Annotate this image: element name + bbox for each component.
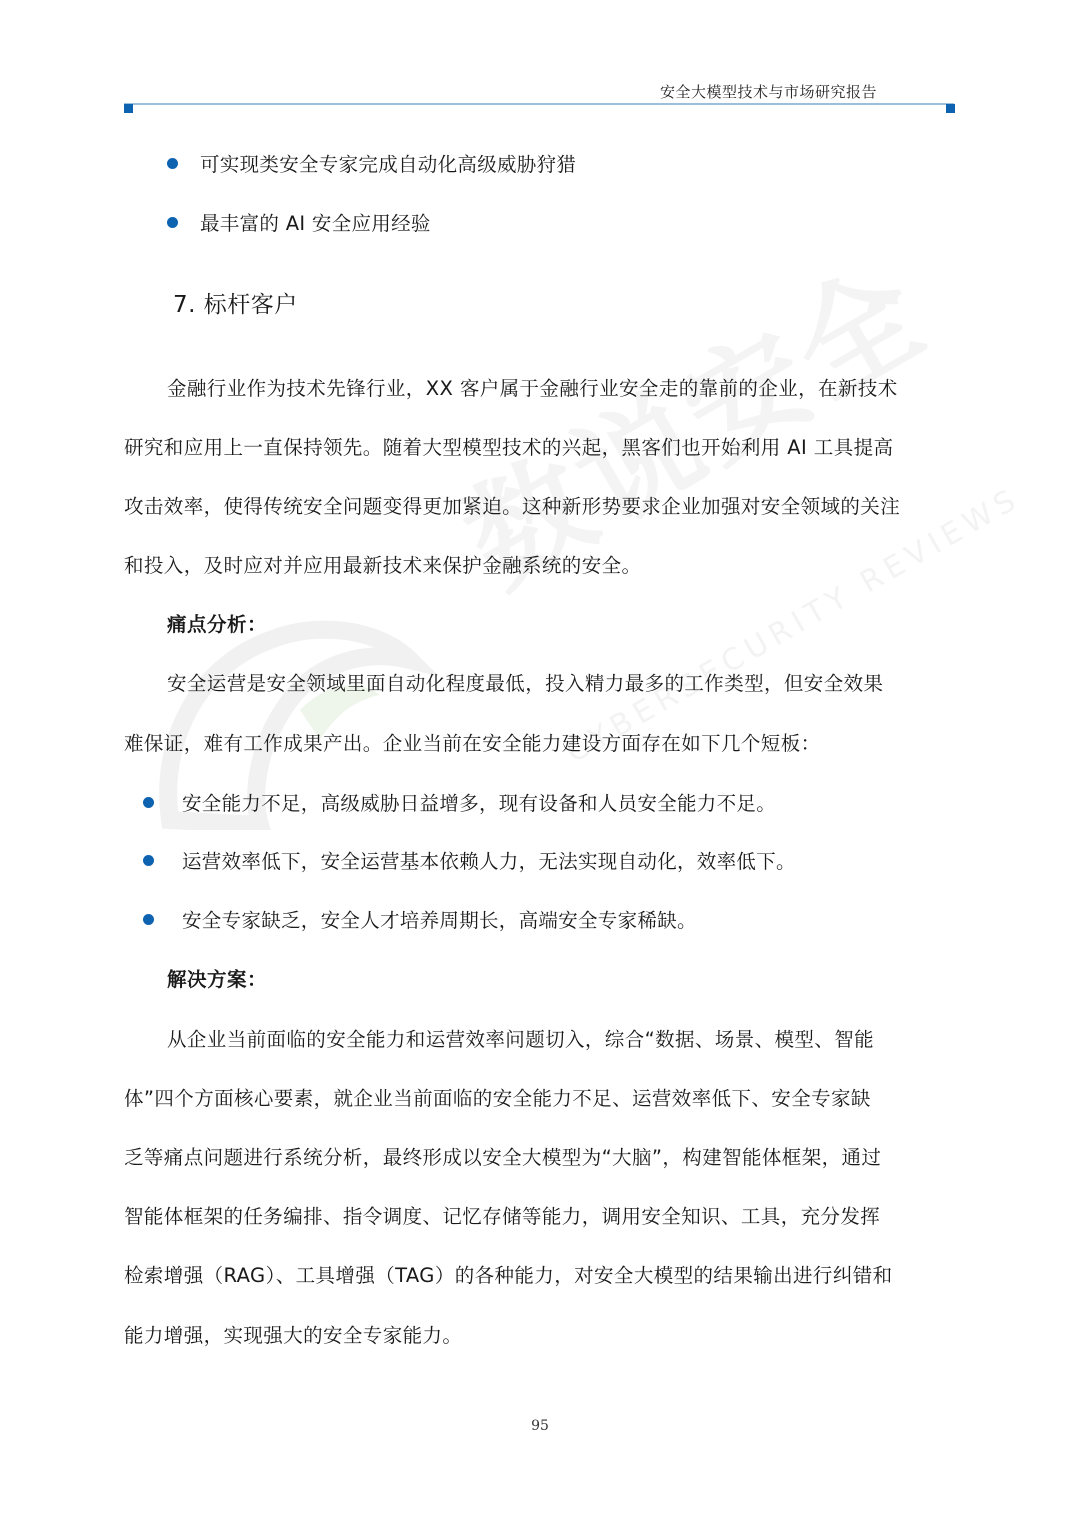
- list-item: 最丰富的 AI 安全应用经验: [167, 208, 431, 236]
- paragraph-line: 体”四个方面核心要素，就企业当前面临的安全能力不足、运营效率低下、安全专家缺: [124, 1083, 871, 1111]
- bullet-dot-icon: [143, 797, 154, 808]
- header-rule: [124, 103, 954, 105]
- watermark-subtext: CYBERSECURITY REVIEWS: [560, 481, 1027, 771]
- paragraph-line: 安全运营是安全领域里面自动化程度最低，投入精力最多的工作类型，但安全效果: [167, 668, 883, 696]
- list-item-text: 可实现类安全专家完成自动化高级威胁狩猎: [200, 149, 576, 177]
- list-item: 安全专家缺乏，安全人才培养周期长，高端安全专家稀缺。: [143, 905, 697, 933]
- header-square-right-icon: [946, 104, 955, 113]
- paragraph-line: 能力增强，实现强大的安全专家能力。: [124, 1320, 462, 1348]
- section-heading: 7. 标杆客户: [173, 286, 298, 319]
- list-item-text: 运营效率低下，安全运营基本依赖人力，无法实现自动化，效率低下。: [182, 846, 796, 874]
- list-item-text: 安全专家缺乏，安全人才培养周期长，高端安全专家稀缺。: [182, 905, 697, 933]
- paragraph-line: 和投入，及时应对并应用最新技术来保护金融系统的安全。: [124, 550, 641, 578]
- paragraph-line: 乏等痛点问题进行系统分析，最终形成以安全大模型为“大脑”，构建智能体框架，通过: [124, 1142, 881, 1170]
- list-item: 安全能力不足，高级威胁日益增多，现有设备和人员安全能力不足。: [143, 788, 776, 816]
- bullet-dot-icon: [167, 217, 178, 228]
- paragraph-line: 难保证，难有工作成果产出。企业当前在安全能力建设方面存在如下几个短板：: [124, 728, 821, 756]
- paragraph-line: 从企业当前面临的安全能力和运营效率问题切入，综合“数据、场景、模型、智能: [167, 1024, 874, 1052]
- paragraph-line: 攻击效率，使得传统安全问题变得更加紧迫。这种新形势要求企业加强对安全领域的关注: [124, 491, 900, 519]
- paragraph-line: 金融行业作为技术先锋行业，XX 客户属于金融行业安全走的靠前的企业，在新技术: [167, 373, 898, 401]
- list-item-text: 最丰富的 AI 安全应用经验: [200, 208, 431, 236]
- header-square-left-icon: [124, 104, 133, 113]
- paragraph-line: 检索增强（RAG）、工具增强（TAG）的各种能力，对安全大模型的结果输出进行纠错…: [124, 1260, 893, 1288]
- report-header-title: 安全大模型技术与市场研究报告: [660, 81, 877, 102]
- paragraph-line: 研究和应用上一直保持领先。随着大型模型技术的兴起，黑客们也开始利用 AI 工具提…: [124, 432, 893, 460]
- list-item-text: 安全能力不足，高级威胁日益增多，现有设备和人员安全能力不足。: [182, 788, 776, 816]
- list-item: 可实现类安全专家完成自动化高级威胁狩猎: [167, 149, 576, 177]
- paragraph-line: 智能体框架的任务编排、指令调度、记忆存储等能力，调用安全知识、工具，充分发挥: [124, 1201, 880, 1229]
- bullet-dot-icon: [167, 158, 178, 169]
- solution-label: 解决方案：: [167, 964, 267, 992]
- list-item: 运营效率低下，安全运营基本依赖人力，无法实现自动化，效率低下。: [143, 846, 796, 874]
- page-number: 95: [0, 1418, 1080, 1434]
- pain-points-label: 痛点分析：: [167, 609, 267, 637]
- bullet-dot-icon: [143, 855, 154, 866]
- bullet-dot-icon: [143, 914, 154, 925]
